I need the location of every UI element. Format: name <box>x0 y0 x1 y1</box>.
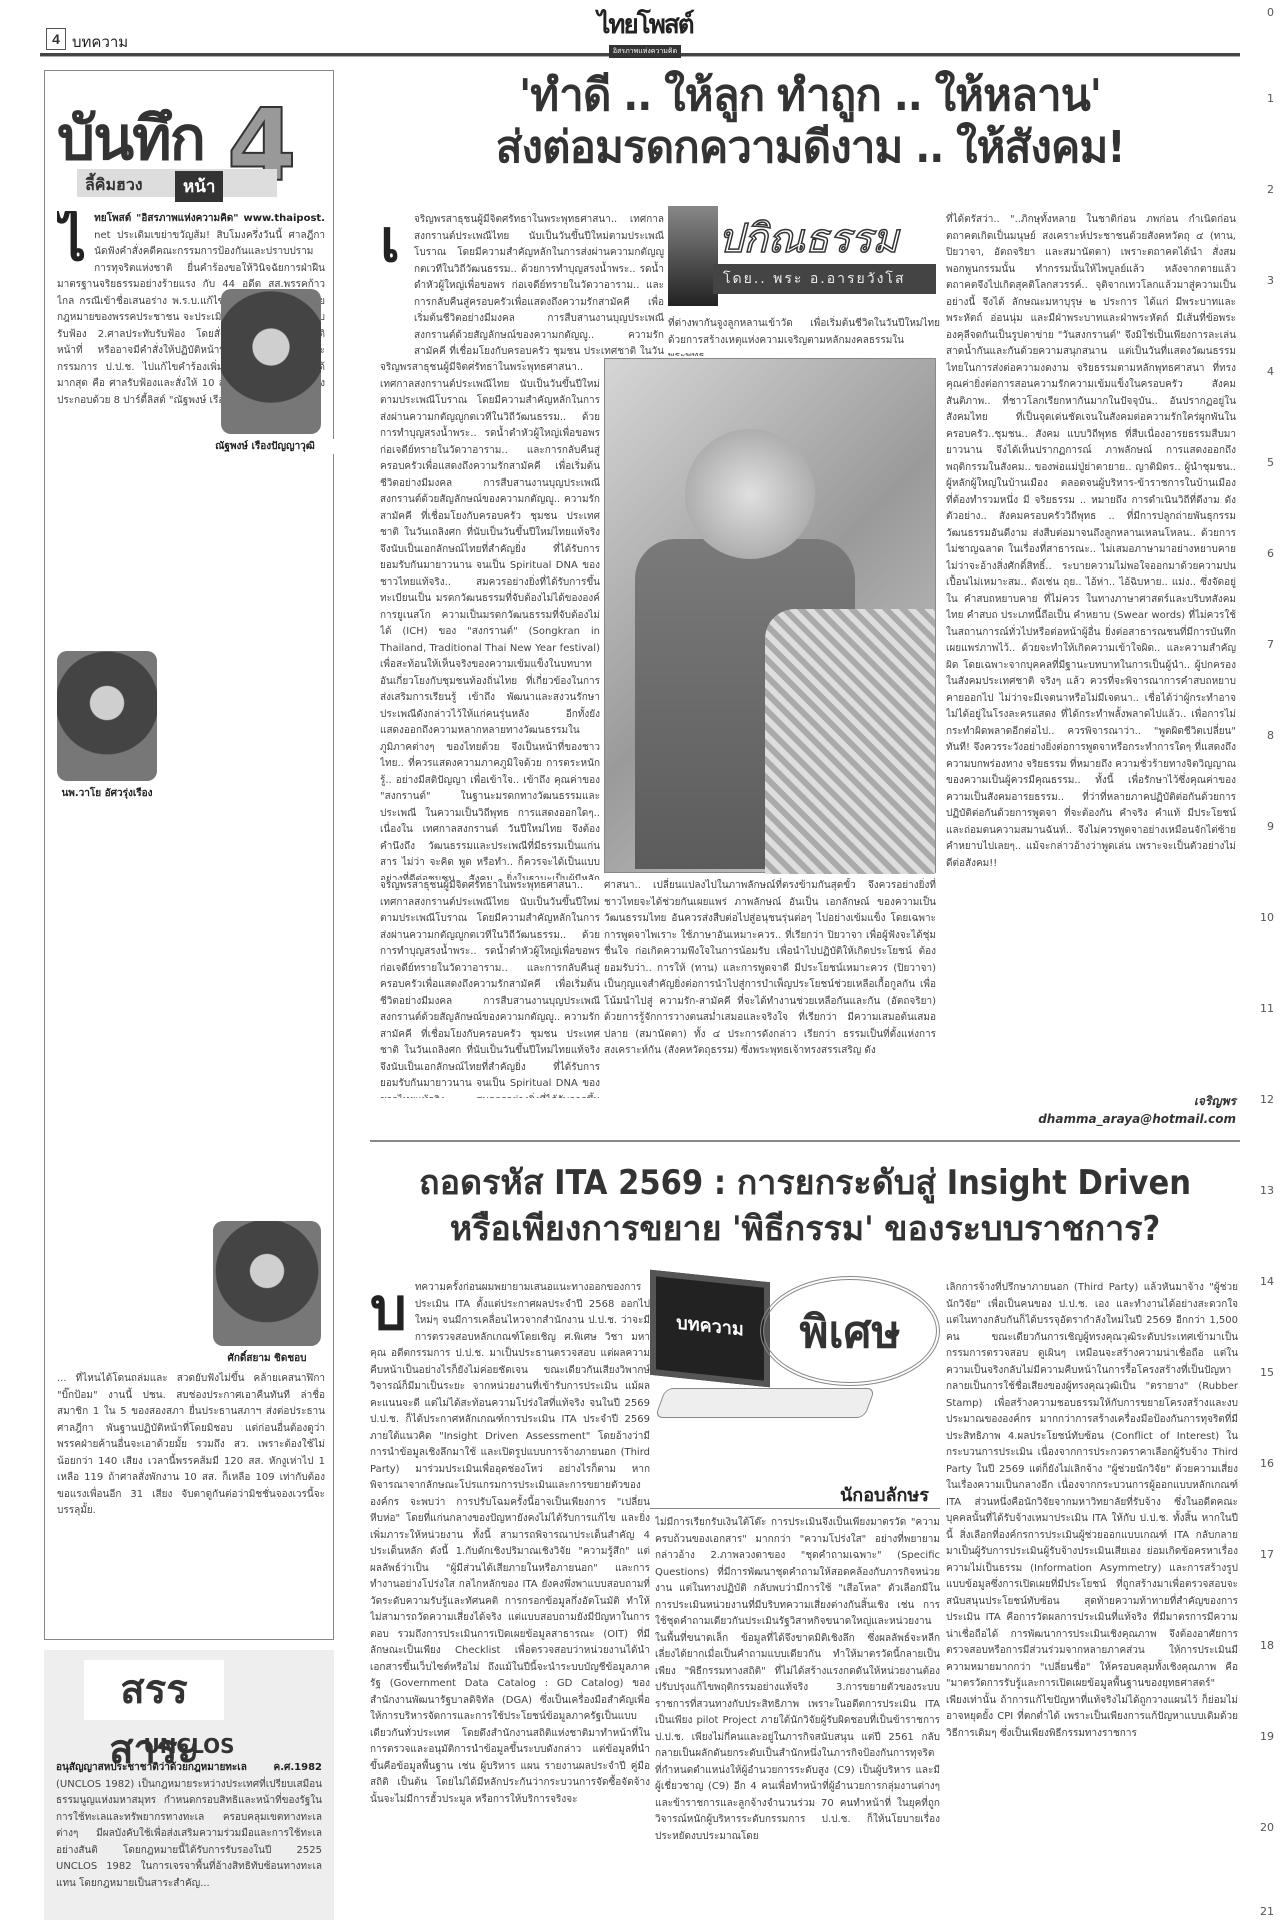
article1-col1-bottom: จริญพรสาธุชนผู้มีจิตศรัทธาในพระพุทธศาสนา… <box>380 878 600 1098</box>
column-name: ปกิณธรรม <box>718 206 898 270</box>
article1-photo <box>604 358 936 873</box>
article2-col2: ไม่มีการเรียกรับเงินใต้โต๊ะ การประเมินจึ… <box>655 1515 940 1920</box>
ruler-mark: 12 <box>1260 1093 1274 1106</box>
article1-col2-top: ที่ต่างพากันจูงลูกหลานเข้าวัด เพื่อเริ่ม… <box>668 316 940 356</box>
ruler-mark: 13 <box>1260 1184 1274 1197</box>
ruler-mark: 0 <box>1267 6 1274 19</box>
ruler-mark: 3 <box>1267 274 1274 287</box>
logo-tagline: อิสรภาพแห่งความคิด <box>609 45 681 58</box>
article1-email: dhamma_araya@hotmail.com <box>1038 1112 1236 1126</box>
ruler-mark: 19 <box>1260 1730 1274 1743</box>
article-divider <box>370 1140 1240 1142</box>
ruler-mark: 1 <box>1267 92 1274 105</box>
article1-signature: เจริญพร <box>1194 1092 1236 1111</box>
article1-headline: 'ทำดี .. ให้ลูก ทำถูก .. ให้หลาน' ส่งต่อ… <box>380 70 1240 174</box>
ruler-mark: 20 <box>1260 1821 1274 1834</box>
photo-caption: นพ.วาโย อัศวรุ่งเรือง <box>51 786 163 801</box>
glossary-body: อนุสัญญาสหประชาชาติว่าด้วยกฎหมายทะเล ค.ศ… <box>56 1760 322 1920</box>
photo-caption: ณัฐพงษ์ เรืองปัญญาวุฒิ <box>195 439 335 454</box>
portrait-photo-saksayam <box>213 1221 321 1346</box>
article2-headline: ถอดรหัส ITA 2569 : การยกระดับสู่ Insight… <box>370 1160 1240 1252</box>
elder-figure <box>765 609 935 874</box>
ruler-mark: 2 <box>1267 183 1274 196</box>
headline-line: ส่งต่อมรดกความดีงาม .. ให้สังคม! <box>380 122 1240 174</box>
special-label: พิเศษ <box>760 1276 940 1386</box>
article1-col1: จริญพรสาธุชนผู้มีจิตศรัทธาในพระพุทธศาสนา… <box>380 360 600 880</box>
article2-byline: นักอบลักษร <box>840 1480 929 1509</box>
ruler-mark: 9 <box>1267 820 1274 833</box>
article1-col2-bottom: ศาสนา.. เปลี่ยนแปลงไปในภาพลักษณ์ที่ตรงข้… <box>604 878 936 1098</box>
ruler-mark: 18 <box>1260 1639 1274 1652</box>
ruler-mark: 5 <box>1267 456 1274 469</box>
page-number: 4 <box>46 28 66 50</box>
headline-line: ถอดรหัส ITA 2569 : การยกระดับสู่ Insight… <box>370 1160 1240 1206</box>
photo-caption: ศักดิ์สยาม ชิดชอบ <box>205 1351 329 1366</box>
article1-col3: ที่ได้ตรัสว่า.. "..ภิกษุทั้งหลาย ในชาติก… <box>946 212 1236 1062</box>
ruler-mark: 6 <box>1267 547 1274 560</box>
newspaper-logo: ไทยโพสต์ อิสรภาพแห่งความคิด <box>590 12 700 52</box>
article1-col1-top: จริญพรสาธุชนผู้มีจิตศรัทธาในพระพุทธศาสนา… <box>414 212 664 362</box>
ruler-mark: 16 <box>1260 1457 1274 1470</box>
logo-text: ไทยโพสต์ <box>590 12 700 38</box>
column-author: โดย.. พระ อ.อารยวังโส <box>713 264 936 294</box>
ruler-mark: 21 <box>1260 1905 1274 1918</box>
section-label: บทความ <box>72 30 128 54</box>
glossary-title: UNCLOS <box>44 1734 334 1758</box>
ruler-mark: 7 <box>1267 638 1274 651</box>
ruler-mark: 11 <box>1260 1002 1274 1015</box>
glossary-logo: สรรสาระ <box>84 1660 224 1720</box>
lead-text: ทยโพสต์ "อิสรภาพแห่งความคิด" www.thaipos… <box>94 213 325 224</box>
column-notes-page4: 4 บันทึก ลี้คิมฮวง หน้า ไ ทยโพสต์ "อิสรภ… <box>44 70 334 1640</box>
column-page-label: หน้า <box>175 171 223 202</box>
special-article-banner: บทความ พิเศษ <box>650 1276 940 1436</box>
keyboard-icon <box>655 1388 876 1418</box>
ruler-mark: 8 <box>1267 729 1274 742</box>
byline-rule <box>650 1508 940 1509</box>
column-header: 4 บันทึก ลี้คิมฮวง หน้า <box>57 91 322 206</box>
dropcap: เ <box>380 212 400 270</box>
article2-col1: บ ทความครั้งก่อนผมพยายามเสนอแนะทางออกของ… <box>370 1280 650 1920</box>
ruler-mark: 15 <box>1260 1366 1274 1379</box>
glossary-lead: อนุสัญญาสหประชาชาติว่าด้วยกฎหมายทะเล ค.ศ… <box>56 1762 322 1773</box>
headline-line: หรือเพียงการขยาย 'พิธีกรรม' ของระบบราชกา… <box>370 1206 1240 1252</box>
article2-col3: เลิกการจ้างที่ปรึกษาภายนอก (Third Party)… <box>946 1280 1238 1920</box>
portrait-photo-natthaphong <box>221 289 321 434</box>
portrait-photo-wayo <box>57 651 157 781</box>
monk-portrait <box>668 206 718 306</box>
monk-head <box>685 429 815 559</box>
ruler-mark: 14 <box>1260 1275 1274 1288</box>
glossary-box: สรรสาระ UNCLOS อนุสัญญาสหประชาชาติว่าด้ว… <box>44 1650 334 1920</box>
headline-line: 'ทำดี .. ให้ลูก ทำถูก .. ให้หลาน' <box>380 70 1240 122</box>
dropcap: บ <box>370 1280 407 1338</box>
ruler-mark: 17 <box>1260 1548 1274 1561</box>
ruler-mark: 10 <box>1260 911 1274 924</box>
glossary-text: (UNCLOS 1982) เป็นกฎหมายระหว่างประเทศที่… <box>56 1779 322 1889</box>
masthead: 4 บทความ ไทยโพสต์ อิสรภาพแห่งความคิด <box>0 0 1286 60</box>
page-ruler: 0 1 2 3 4 5 6 7 8 9 10 11 12 13 14 15 16… <box>1240 0 1286 1920</box>
column-banner-dhamma: ปกิณธรรม โดย.. พระ อ.อารยวังโส <box>668 206 936 306</box>
article2-col1-text: ทความครั้งก่อนผมพยายามเสนอแนะทางออกของกา… <box>370 1282 650 1805</box>
column-conclusion: ... ที่ไหนได้โดนถล่มและ สวดยับฟังไม่ขึ้น… <box>57 1371 325 1631</box>
dropcap: ไ <box>57 211 86 269</box>
computer-monitor-icon: บทความ <box>650 1270 770 1388</box>
ruler-mark: 4 <box>1267 365 1274 378</box>
column-author: ลี้คิมฮวง <box>85 173 143 198</box>
